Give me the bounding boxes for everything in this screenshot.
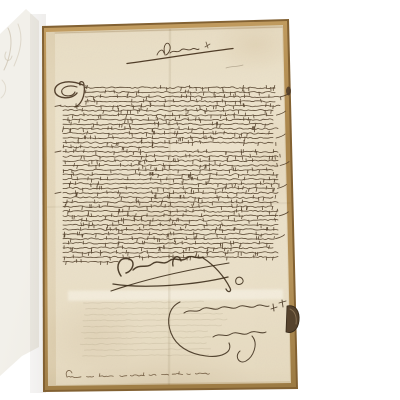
clasp-pin (286, 87, 291, 96)
parchment-grain-overlay (40, 18, 302, 394)
manuscript-photo (0, 0, 400, 400)
handwriting-overlay (0, 0, 400, 400)
facing-page-ghost-writing (1, 24, 21, 98)
